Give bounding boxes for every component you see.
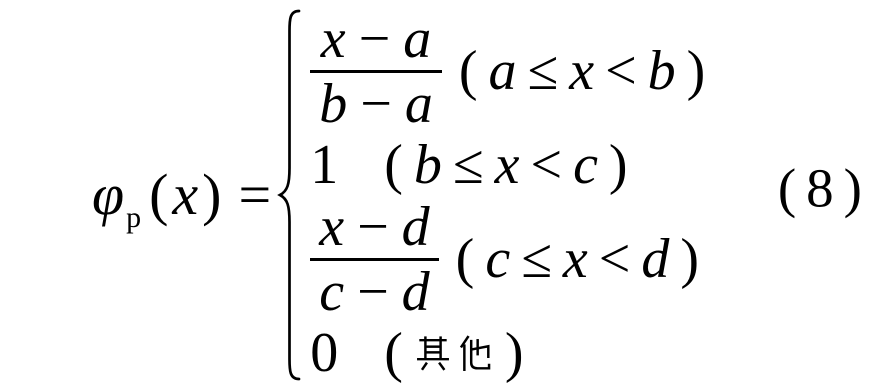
- case-row-3: x − d c − d ( c ≤ x <: [310, 196, 705, 323]
- less-than-sign: <: [605, 43, 637, 99]
- var-token: d: [641, 231, 669, 287]
- cases-column: x − a b − a ( a ≤ x <: [310, 8, 705, 382]
- eqnum-close-paren: ): [844, 160, 862, 215]
- open-paren: (: [384, 325, 403, 381]
- eqnum-open-paren: (: [778, 160, 796, 215]
- var-token: c: [573, 137, 598, 193]
- open-paren: (: [459, 43, 478, 99]
- left-brace: [277, 8, 301, 382]
- denominator: b − a: [310, 73, 442, 135]
- leq-sign: ≤: [453, 137, 484, 193]
- close-paren: ): [687, 43, 706, 99]
- equation-number: ( 8 ): [778, 160, 862, 215]
- minus-sign: −: [357, 199, 389, 255]
- var-token: x: [563, 231, 588, 287]
- function-lhs: φ p ( x ) =: [92, 166, 273, 224]
- subscript-p: p: [126, 203, 141, 233]
- leq-sign: ≤: [521, 231, 552, 287]
- var-token: d: [402, 264, 430, 320]
- lhs-open-paren: (: [149, 166, 168, 224]
- case-row-2: 1 ( b ≤ x < c ): [310, 137, 705, 193]
- eqnum-value: 8: [806, 160, 834, 215]
- argument-x: x: [172, 166, 198, 224]
- numerator: x − d: [310, 196, 438, 258]
- condition-4: (: [384, 325, 523, 381]
- minus-sign: −: [359, 11, 391, 67]
- close-paren: ): [680, 231, 699, 287]
- close-paren: ): [609, 137, 628, 193]
- var-token: x: [495, 137, 520, 193]
- fraction-2: x − d c − d: [310, 196, 438, 323]
- open-paren: (: [384, 137, 403, 193]
- condition-1: ( a ≤ x < b ): [459, 43, 706, 99]
- case-row-1: x − a b − a ( a ≤ x <: [310, 8, 705, 135]
- qita-otherwise-label: [414, 333, 494, 374]
- var-token: a: [403, 11, 431, 67]
- numerator: x − a: [312, 8, 440, 70]
- condition-2: ( b ≤ x < c ): [384, 137, 627, 193]
- var-token: b: [414, 137, 442, 193]
- case-value-2: 0: [310, 325, 338, 381]
- less-than-sign: <: [530, 137, 562, 193]
- minus-sign: −: [360, 76, 392, 132]
- phi-symbol: φ: [92, 166, 124, 224]
- formula-page: φ p ( x ) = x − a: [0, 0, 871, 389]
- lhs-close-paren: ): [202, 166, 221, 224]
- var-token: d: [402, 199, 430, 255]
- hanzi-qi: [414, 333, 452, 374]
- case-row-4: 0 (: [310, 325, 705, 381]
- var-token: c: [319, 264, 344, 320]
- var-token: b: [648, 43, 676, 99]
- var-token: x: [569, 43, 594, 99]
- hanzi-ta: [456, 333, 494, 374]
- var-token: a: [488, 43, 516, 99]
- var-token: x: [319, 199, 344, 255]
- condition-3: ( c ≤ x < d ): [456, 231, 699, 287]
- minus-sign: −: [357, 264, 389, 320]
- case-value-1: 1: [310, 137, 338, 193]
- var-token: x: [321, 11, 346, 67]
- equals-sign: =: [239, 166, 272, 224]
- var-token: a: [405, 76, 433, 132]
- open-paren: (: [456, 231, 475, 287]
- var-token: c: [485, 231, 510, 287]
- denominator: c − d: [310, 261, 438, 323]
- piecewise-equation: φ p ( x ) = x − a: [0, 0, 871, 389]
- close-paren: ): [505, 325, 524, 381]
- fraction-1: x − a b − a: [310, 8, 442, 135]
- var-token: b: [319, 76, 347, 132]
- leq-sign: ≤: [527, 43, 558, 99]
- less-than-sign: <: [599, 231, 631, 287]
